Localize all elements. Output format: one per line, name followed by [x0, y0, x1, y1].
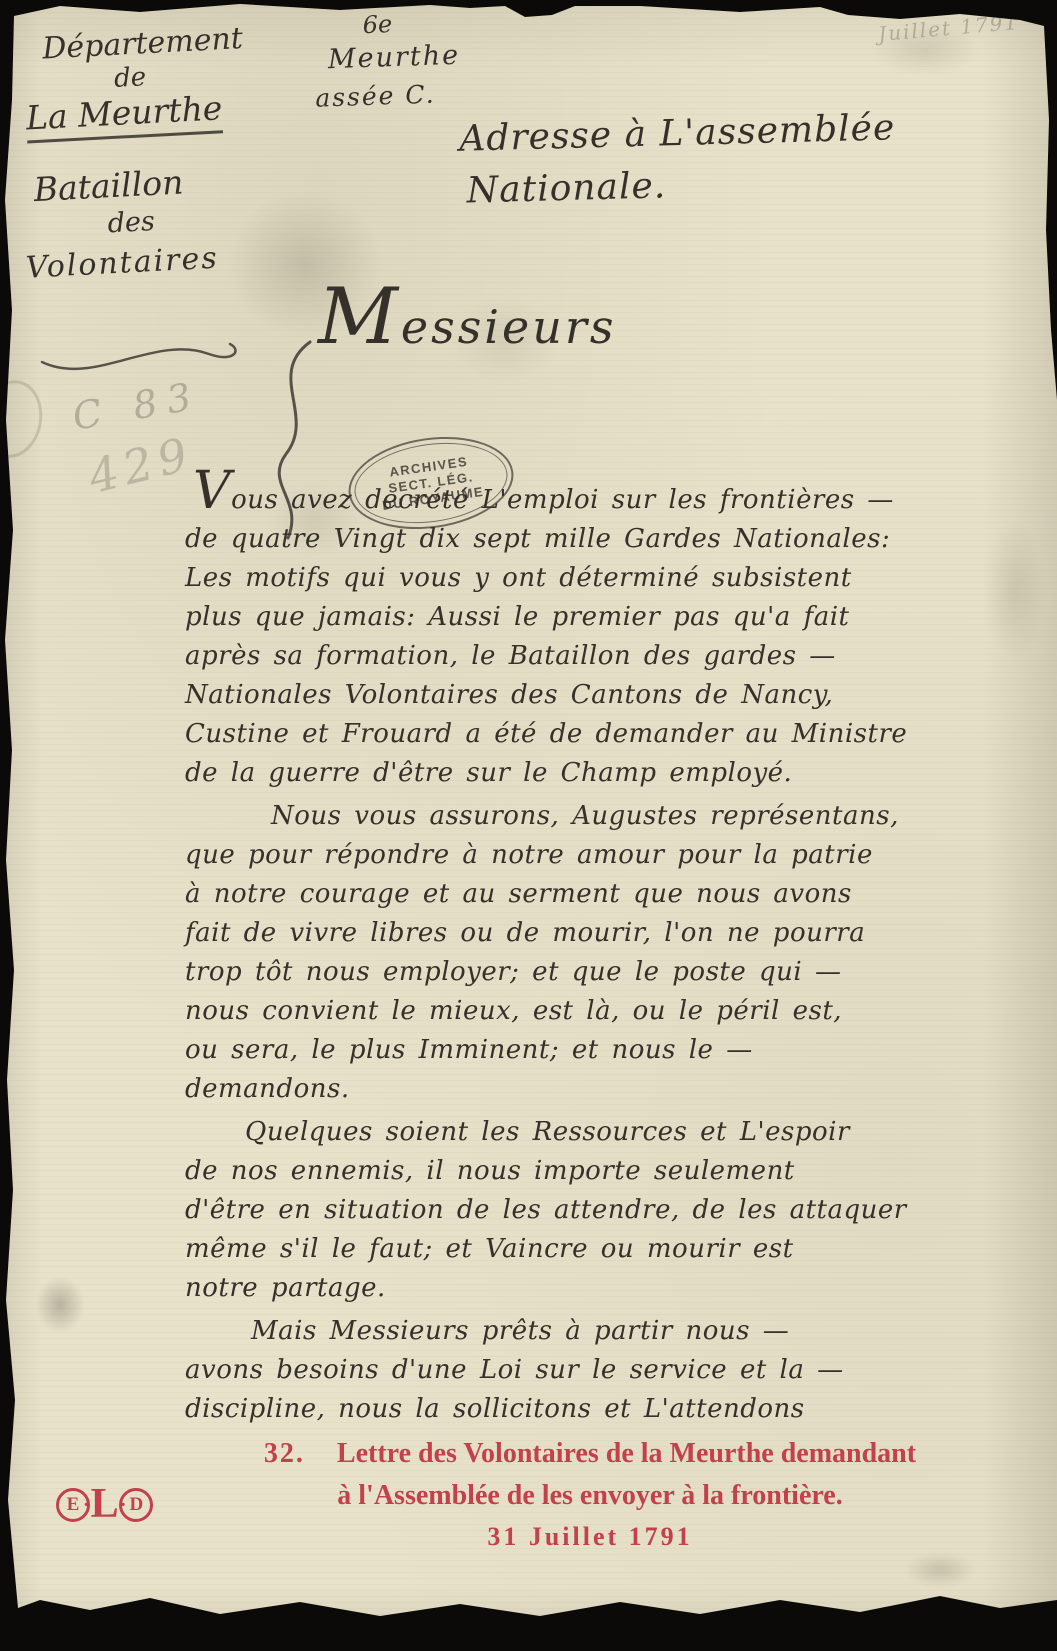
text-line: nous convient le mieux, est là, ou le pé…	[185, 992, 985, 1031]
text-line: Vous avez decrété L'emploi sur les front…	[185, 478, 985, 520]
text-line: Mais Messieurs prêts à partir nous —	[185, 1312, 985, 1351]
caption-title-line: 32. Lettre des Volontaires de la Meurthe…	[235, 1438, 945, 1470]
underlined-text: La Meurthe	[25, 88, 224, 143]
letter-body: Vous avez decrété L'emploi sur les front…	[185, 478, 985, 1429]
stain	[975, 500, 1055, 680]
classification-number: 6e	[362, 8, 459, 39]
text-line: même s'il le faut; et Vaincre ou mourir …	[185, 1230, 985, 1269]
text-line: ou sera, le plus Imminent; et nous le —	[185, 1031, 985, 1070]
classification-note: 6e Meurthe assée C.	[326, 8, 462, 113]
letter-page: Juillet 1791 Département de La Meurthe B…	[0, 0, 1057, 1651]
text-line: de quatre Vingt dix sept mille Gardes Na…	[185, 520, 985, 559]
text-line: avons besoins d'une Loi sur le service e…	[185, 1351, 985, 1390]
heading-department-line: La Meurthe	[25, 88, 274, 136]
text-line: Quelques soient les Ressources et L'espo…	[185, 1113, 985, 1152]
address-line: Nationale.	[466, 154, 897, 217]
heading-battalion-line: Volontaires	[25, 240, 282, 285]
address-heading: Adresse à L'assemblée Nationale.	[459, 102, 898, 218]
stain	[890, 1545, 990, 1595]
paragraph: Nous vous assurons, Augustes représentan…	[185, 797, 985, 1109]
text-line: d'être en situation de les attendre, de …	[185, 1191, 985, 1230]
publisher-monogram-eld: E L D	[56, 1486, 153, 1524]
salutation: Messieurs	[318, 298, 616, 354]
text-line: de la guerre d'être sur le Champ employé…	[185, 754, 985, 793]
text-line: notre partage.	[185, 1269, 985, 1308]
paragraph: Vous avez decrété L'emploi sur les front…	[185, 478, 985, 793]
heading-battalion-line: des	[107, 201, 280, 238]
pencil-archive-number: 429	[83, 426, 199, 504]
classification-region: Meurthe	[327, 40, 460, 76]
stain	[25, 1265, 95, 1345]
text-line: fait de vivre libres ou de mourir, l'on …	[185, 914, 985, 953]
heading-battalion-line: Bataillon	[33, 161, 278, 208]
heading-department-line: de	[113, 57, 272, 93]
text-line: après sa formation, le Bataillon des gar…	[185, 637, 985, 676]
caption-title-text: Lettre des Volontaires de la Meurthe dem…	[337, 1438, 916, 1470]
monogram-letter: L	[83, 1486, 126, 1524]
text-line: Nous vous assurons, Augustes représentan…	[185, 797, 985, 836]
text-line: demandons.	[185, 1070, 985, 1109]
paragraph: Mais Messieurs prêts à partir nous —avon…	[185, 1312, 985, 1429]
sender-heading: Département de La Meurthe Bataillon des …	[20, 22, 283, 285]
text-line: discipline, nous la sollicitons et L'att…	[185, 1390, 985, 1429]
text-line: Les motifs qui vous y ont déterminé subs…	[185, 559, 985, 598]
pencil-date-note: Juillet 1791	[877, 10, 1020, 46]
caption-subtitle-line: à l'Assemblée de les envoyer à la fronti…	[235, 1480, 945, 1512]
classification-abbrev: assée C.	[315, 79, 462, 113]
caption-item-number: 32.	[264, 1438, 305, 1470]
text-line: plus que jamais: Aussi le premier pas qu…	[185, 598, 985, 637]
text-line: de nos ennemis, il nous importe seulemen…	[185, 1152, 985, 1191]
caption-date-line: 31 Juillet 1791	[235, 1522, 945, 1552]
paragraph: Quelques soient les Ressources et L'espo…	[185, 1113, 985, 1308]
text-line: à notre courage et au serment que nous a…	[185, 875, 985, 914]
text-line: trop tôt nous employer; et que le poste …	[185, 953, 985, 992]
printed-caption: 32. Lettre des Volontaires de la Meurthe…	[235, 1438, 945, 1552]
text-line: Custine et Frouard a été de demander au …	[185, 715, 985, 754]
text-line: que pour répondre à notre amour pour la …	[185, 836, 985, 875]
text-line: Nationales Volontaires des Cantons de Na…	[185, 676, 985, 715]
